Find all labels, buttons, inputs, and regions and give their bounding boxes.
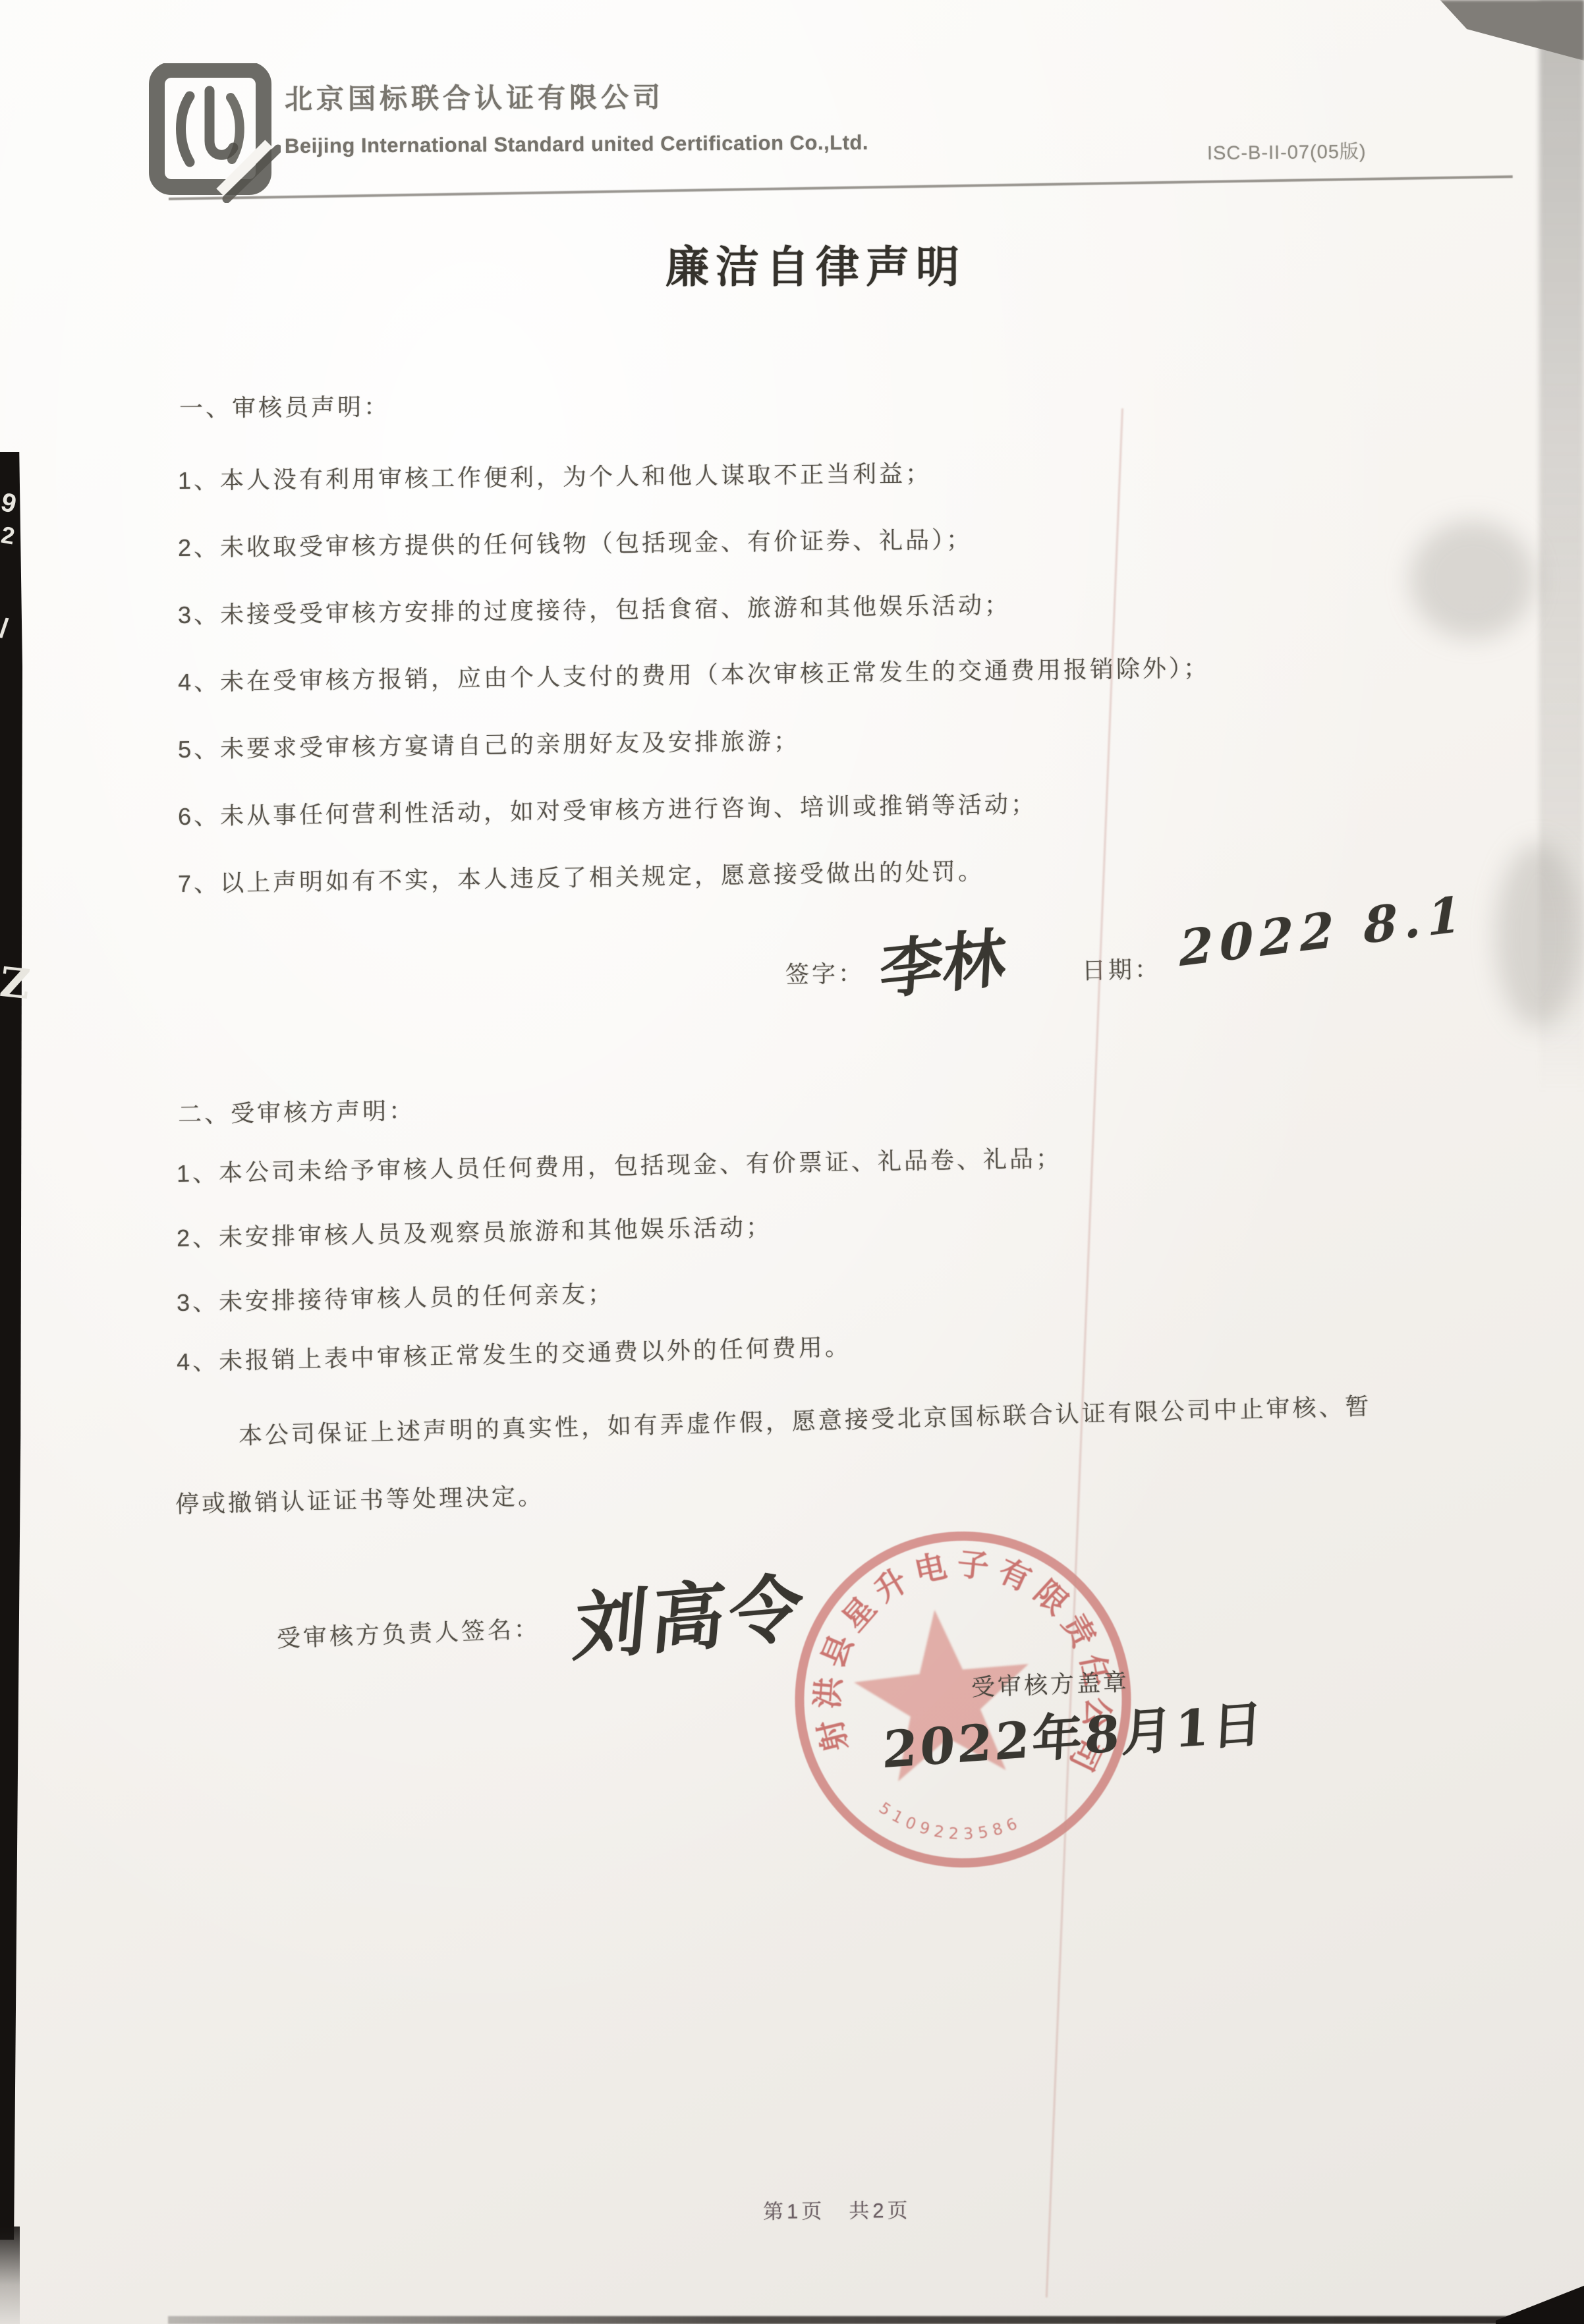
paper-fold-line <box>1046 408 1123 2298</box>
section1-item: 1、本人没有利用审核工作便利，为个人和他人谋取不正当利益； <box>178 455 932 496</box>
auditor-signature-handwriting: 李林 <box>878 907 1008 1012</box>
edge-mark: Z <box>0 958 32 1009</box>
scanned-document-page: 北京国标联合认证有限公司 Beijing International Stand… <box>0 0 1584 2324</box>
seal-serial-number: 5109223586 <box>874 1798 1027 1850</box>
section2-item: 3、未安排接待审核人员的任何亲友； <box>176 1275 614 1318</box>
section1-item: 5、未要求受审核方宴请自己的亲朋好友及安排旅游； <box>178 723 801 765</box>
auditor-date-handwriting: 2022 8.1 <box>1179 885 1468 978</box>
section2-item: 4、未报销上表中审核正常发生的交通费以外的任何费用。 <box>176 1329 851 1377</box>
page-footer: 第1页 共2页 <box>763 2194 911 2225</box>
section1-item: 4、未在受审核方报销，应由个人支付的费用（本次审核正常发生的交通费用报销除外）； <box>178 650 1210 698</box>
paper-shadow-blob <box>1496 843 1581 1028</box>
scan-left-edge-fade <box>0 2227 20 2324</box>
header-rule <box>169 175 1513 200</box>
responsible-signature-handwriting: 刘高令 <box>570 1548 812 1676</box>
scan-bottom-edge-shadow <box>168 2316 1584 2324</box>
section1-item: 2、未收取受审核方提供的任何钱物（包括现金、有价证券、礼品）； <box>178 521 973 563</box>
company-name-cn: 北京国标联合认证有限公司 <box>285 76 664 117</box>
date-label: 日期： <box>1081 951 1161 986</box>
doc-code: ISC-B-II-07(05版) <box>1207 136 1367 165</box>
page-title: 廉洁自律声明 <box>665 232 966 294</box>
pledge-line: 停或撤销认证证书等处理决定。 <box>175 1478 544 1520</box>
paper-shadow-blob <box>1410 520 1535 639</box>
section1-item: 6、未从事任何营利性活动，如对受审核方进行咨询、培训或推销等活动； <box>178 786 1038 832</box>
svg-text:5109223586: 5109223586 <box>874 1798 1027 1850</box>
isc-monogram-logo <box>149 63 281 203</box>
scan-top-right-corner-shadow <box>1417 0 1584 61</box>
company-name-en: Beijing International Standard united Ce… <box>285 131 868 158</box>
section2-item: 2、未安排审核人员及观察员旅游和其他娱乐活动； <box>177 1209 773 1254</box>
scan-left-edge-shadow <box>0 452 22 2240</box>
section1-item: 7、以上声明如有不实，本人违反了相关规定，愿意接受做出的处罚。 <box>178 853 985 899</box>
pledge-line: 本公司保证上述声明的真实性，如有弄虚作假，愿意接受北京国标联合认证有限公司中止审… <box>238 1388 1372 1451</box>
responsible-sign-label: 受审核方负责人签名： <box>276 1611 541 1654</box>
section2-heading: 二、受审核方声明： <box>178 1092 416 1130</box>
section1-item: 3、未接受受审核方安排的过度接待，包括食宿、旅游和其他娱乐活动； <box>178 587 1011 630</box>
section2-item: 1、本公司未给予审核人员任何费用，包括现金、有价票证、礼品卷、礼品； <box>177 1140 1063 1189</box>
scan-bottom-right-corner <box>1496 2281 1584 2324</box>
section1-heading: 一、审核员声明： <box>179 389 390 424</box>
sign-label: 签字： <box>785 955 865 990</box>
